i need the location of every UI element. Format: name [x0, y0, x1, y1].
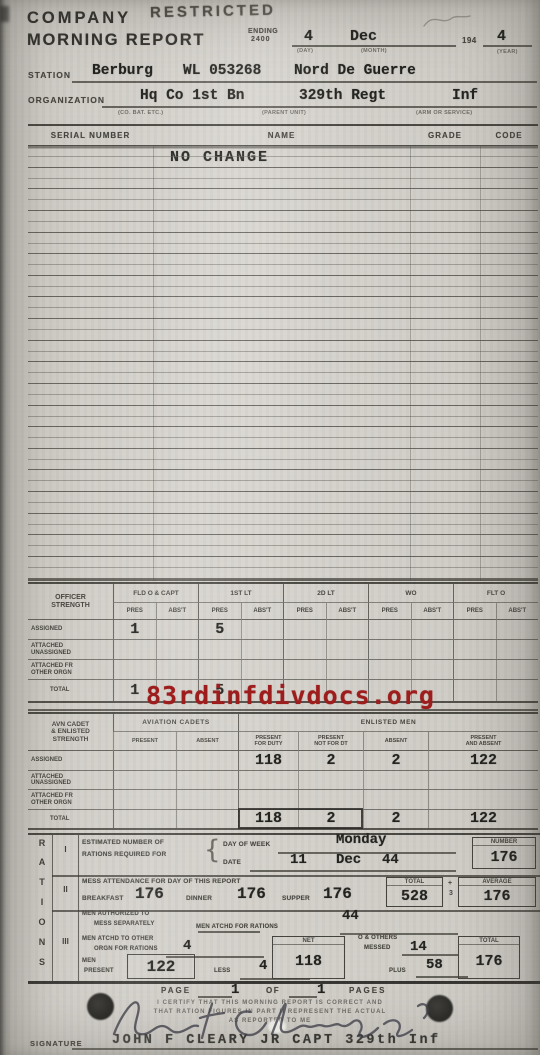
officer-value-cell: [496, 680, 539, 701]
roster-empty-row: [28, 384, 538, 406]
officer-value-cell: [411, 620, 454, 639]
enlisted-colheader-cell: PRESENT AND ABSENT: [428, 732, 538, 751]
enlisted-strength-row: ASSIGNED11822122: [28, 751, 538, 771]
date-underline: [292, 45, 456, 47]
restricted-stamp: RESTRICTED: [150, 2, 276, 22]
officer-value-cell: [411, 640, 454, 659]
officer-value-cell: [283, 660, 326, 679]
station-grid-coords: WL 053268: [183, 63, 261, 79]
roster-empty-row: [28, 492, 538, 514]
pres-header-cell: PRES: [453, 603, 496, 620]
less-label: LESS: [214, 968, 230, 974]
scan-left-edge: [0, 0, 7, 1055]
less-value: 4: [259, 958, 267, 974]
rations-letter: O: [36, 917, 48, 927]
arm-service-caption: (ARM OR SERVICE): [416, 110, 472, 116]
enlisted-colheader: PRESENTABSENTPRESENT FOR DUTYPRESENT NOT…: [113, 732, 538, 751]
enlisted-strength-corner: AVN CADET & ENLISTED STRENGTH: [28, 714, 113, 751]
officer-value-cell: [156, 620, 199, 639]
roster-body: [28, 168, 538, 579]
plus-value: 58: [426, 957, 443, 973]
group-wo: WO: [368, 584, 453, 603]
enlisted-value-cell: [113, 810, 176, 828]
roster-entry-row: NO CHANGE: [28, 146, 538, 168]
parent-unit-caption: (PARENT UNIT): [262, 110, 306, 116]
roster-empty-row: [28, 470, 538, 492]
roster-empty-row: [28, 514, 538, 536]
enlisted-value-cell: 2: [298, 751, 363, 770]
rations-number-box: NUMBER 176: [472, 837, 536, 869]
roster-empty-row: [28, 297, 538, 319]
rations-date-month: Dec: [336, 852, 361, 868]
abst-header-cell: ABS'T: [156, 603, 199, 620]
officer-value-cell: [156, 640, 199, 659]
enlisted-value-cell: [363, 771, 428, 790]
rations-letter: I: [36, 897, 48, 907]
average-box-label: AVERAGE: [459, 878, 535, 886]
pres-header-cell: PRES: [368, 603, 411, 620]
watermark-text: 83rdinfdivdocs.org: [146, 681, 435, 710]
total-box-label: TOTAL: [387, 878, 442, 886]
estimated-rations-label1: ESTIMATED NUMBER OF: [82, 839, 164, 846]
officer-strength-row: ATTACHED FR OTHER ORGN: [28, 660, 538, 680]
mess-attendance-title: MESS ATTENDANCE FOR DAY OF THIS REPORT: [82, 878, 241, 885]
day-of-week-value: Monday: [336, 832, 386, 848]
roster-empty-row: [28, 276, 538, 298]
station-label: STATION: [28, 70, 71, 80]
enlisted-value-cell: 122: [428, 751, 538, 770]
abst-header-cell: ABS'T: [411, 603, 454, 620]
breakfast-label: BREAKFAST: [82, 895, 124, 902]
officer-value-cell: [496, 640, 539, 659]
station-underline: [72, 81, 537, 83]
net-box-label: NET: [273, 937, 344, 945]
roster-empty-row: [28, 211, 538, 233]
officer-subheader: PRESABS'TPRESABS'TPRESABS'TPRESABS'TPRES…: [113, 603, 538, 620]
estimated-rations-label2: RATIONS REQUIRED FOR: [82, 851, 166, 858]
officer-value-cell: [326, 620, 369, 639]
enlisted-value-cell: [238, 771, 298, 790]
officer-value-cell: [283, 640, 326, 659]
average-box-value: 176: [459, 886, 535, 906]
roster-divider-code: [480, 146, 481, 581]
group-aviation-cadets: AVIATION CADETS: [113, 714, 238, 732]
officer-value-cell: 1: [113, 620, 156, 639]
ending-time: 2400: [251, 36, 271, 43]
group-flt-o: FLT O: [453, 584, 538, 603]
col-serial-number: SERIAL NUMBER: [28, 126, 153, 145]
year-prefix: 194: [462, 36, 477, 45]
pres-header-cell: PRES: [113, 603, 156, 620]
enlisted-value-cell: [176, 751, 238, 770]
divide-symbol: +: [448, 880, 452, 887]
rations-letter: T: [36, 877, 48, 887]
men-authorized-label1: MEN AUTHORIZED TO: [82, 911, 149, 917]
grand-total-box-value: 176: [459, 945, 519, 978]
divide-by-three: 3: [449, 890, 453, 897]
net-box-value: 118: [273, 945, 344, 978]
roster-header-row: SERIAL NUMBER NAME GRADE CODE: [28, 124, 538, 146]
officer-value-cell: [326, 660, 369, 679]
pres-header-cell: PRES: [283, 603, 326, 620]
roster-empty-row: [28, 535, 538, 557]
officer-value-cell: [411, 660, 454, 679]
year-underline: [483, 45, 532, 47]
rations-letter: R: [36, 838, 48, 848]
organization-arm: Inf: [452, 88, 478, 104]
rations-letter: A: [36, 857, 48, 867]
officer-strength-row: ATTACHED UNASSIGNED: [28, 640, 538, 660]
officer-value-cell: [113, 660, 156, 679]
enlisted-colheader-cell: ABSENT: [363, 732, 428, 751]
atchd-other-label2: ORGN FOR RATIONS: [94, 946, 158, 952]
no-change-entry: NO CHANGE: [170, 149, 269, 166]
officer-value-cell: [496, 620, 539, 639]
year-caption: (YEAR): [497, 49, 518, 55]
roster-empty-row: [28, 406, 538, 428]
date-underline: [250, 870, 456, 872]
others-messed-label1: O & OTHERS: [358, 935, 397, 941]
rations-numeral-column: [52, 835, 79, 981]
officer-value-cell: [368, 640, 411, 659]
form-title-line1: COMPANY: [27, 9, 131, 28]
officer-value-cell: [453, 660, 496, 679]
others-messed-value: 14: [410, 939, 427, 955]
dinner-value: 176: [237, 885, 266, 903]
officer-row-label: ATTACHED FR OTHER ORGN: [28, 660, 113, 679]
brace-glyph: {: [204, 835, 221, 865]
enlisted-row-label: ASSIGNED: [28, 751, 113, 770]
group-fldo-capt: FLD O & CAPT: [113, 584, 198, 603]
organization-parent-unit: 329th Regt: [299, 88, 386, 104]
grand-total-box-label: TOTAL: [459, 937, 519, 945]
enlisted-value-cell: [176, 771, 238, 790]
group-2d-lt: 2D LT: [283, 584, 368, 603]
officer-value-cell: [496, 660, 539, 679]
officer-value-cell: [368, 660, 411, 679]
men-atchd-for-rations-label: MEN ATCHD FOR RATIONS: [196, 924, 278, 930]
rations-letter: N: [36, 937, 48, 947]
roster-empty-row: [28, 233, 538, 255]
officer-value-cell: [453, 640, 496, 659]
rations-letter: S: [36, 957, 48, 967]
roster-divider-grade: [410, 146, 411, 581]
day-of-week-label: DAY OF WEEK: [223, 841, 270, 848]
supper-value: 176: [323, 885, 352, 903]
officer-value-cell: [241, 640, 284, 659]
col-grade: GRADE: [410, 126, 480, 145]
officer-value-cell: 5: [198, 620, 241, 639]
enlisted-value-cell: [113, 790, 176, 809]
officer-row-label: ATTACHED UNASSIGNED: [28, 640, 113, 659]
enlisted-value-cell: [298, 771, 363, 790]
roster-empty-row: [28, 427, 538, 449]
col-name: NAME: [153, 126, 410, 145]
report-day: 4: [304, 28, 313, 45]
rations-grand-total-box: TOTAL 176: [458, 936, 520, 979]
atchd-other-label1: MEN ATCHD TO OTHER: [82, 936, 154, 942]
officer-value-cell: [113, 640, 156, 659]
roster-empty-row: [28, 168, 538, 190]
atchd-other-value: 4: [183, 938, 191, 954]
officer-value-cell: [453, 620, 496, 639]
station-map-reference: Nord De Guerre: [294, 63, 416, 79]
enlisted-colheader-cell: ABSENT: [176, 732, 238, 751]
enlisted-value-cell: [428, 790, 538, 809]
officer-value-cell: [241, 620, 284, 639]
total-highlight-box: [238, 808, 363, 829]
roster-empty-row: [28, 254, 538, 276]
rations-date-day: 11: [290, 852, 307, 868]
abst-header-cell: ABS'T: [326, 603, 369, 620]
roster-empty-row: [28, 449, 538, 471]
dinner-label: DINNER: [186, 895, 212, 902]
enlisted-value-cell: [176, 790, 238, 809]
group-1st-lt: 1ST LT: [198, 584, 283, 603]
supper-label: SUPPER: [282, 895, 310, 902]
officer-strength-corner: OFFICER STRENGTH: [28, 584, 113, 620]
mess-total-box: TOTAL 528: [386, 877, 443, 907]
organization-underline: [102, 106, 537, 108]
enlisted-colheader-cell: PRESENT: [113, 732, 176, 751]
pen-mark: [418, 6, 478, 34]
roster-empty-row: [28, 341, 538, 363]
average-box: AVERAGE 176: [458, 877, 536, 907]
officer-value-cell: [453, 680, 496, 701]
enlisted-value-cell: 122: [428, 810, 538, 828]
roster-empty-row: [28, 557, 538, 579]
enlisted-strength-row: ATTACHED UNASSIGNED: [28, 771, 538, 791]
mess-separately-underline: [198, 931, 260, 933]
enlisted-colheader-cell: PRESENT NOT FOR DT: [298, 732, 363, 751]
section-numeral-3: III: [52, 937, 79, 946]
rations-date-year: 44: [382, 852, 399, 868]
men-present-value: 122: [128, 955, 194, 978]
total-box-value: 528: [387, 886, 442, 906]
less-underline: [240, 978, 310, 980]
officer-row-label: ASSIGNED: [28, 620, 113, 639]
rations-section: R A T I O N S I II III ESTIMATED NUMBER …: [28, 833, 540, 984]
others-messed-label2: MESSED: [364, 945, 391, 951]
men-authorized-label2: MESS SEPARATELY: [94, 921, 155, 927]
report-month: Dec: [350, 28, 377, 45]
handwritten-signature: [100, 988, 440, 1050]
morning-report-scan: RESTRICTED COMPANY MORNING REPORT ENDING…: [0, 0, 540, 1055]
enlisted-row-label: TOTAL: [28, 810, 113, 828]
officer-value-cell: [241, 660, 284, 679]
roster-empty-row: [28, 362, 538, 384]
enlisted-colheader-cell: PRESENT FOR DUTY: [238, 732, 298, 751]
officer-value-cell: [156, 660, 199, 679]
men-atchd-for-rations-value: 44: [342, 908, 359, 924]
officer-strength-row: ASSIGNED15: [28, 620, 538, 640]
plus-underline: [416, 976, 468, 978]
officer-value-cell: [198, 640, 241, 659]
officer-value-cell: [198, 660, 241, 679]
co-caption: (CO. BAT. ETC.): [118, 110, 163, 116]
men-present-label1: MEN: [82, 958, 96, 964]
enlisted-value-cell: [113, 751, 176, 770]
breakfast-value: 176: [135, 885, 164, 903]
form-title-line2: MORNING REPORT: [27, 31, 205, 50]
enlisted-value-cell: [113, 771, 176, 790]
officer-group-header: FLD O & CAPT 1ST LT 2D LT WO FLT O: [113, 584, 538, 603]
month-caption: (MONTH): [361, 48, 387, 54]
number-box-label: NUMBER: [473, 838, 535, 846]
roster-divider-serial: [153, 146, 154, 581]
enlisted-value-cell: [298, 790, 363, 809]
enlisted-value-cell: [363, 790, 428, 809]
abst-header-cell: ABS'T: [241, 603, 284, 620]
organization-unit: Hq Co 1st Bn: [140, 88, 244, 104]
enlisted-value-cell: 2: [363, 810, 428, 828]
roster-empty-row: [28, 319, 538, 341]
enlisted-value-cell: [176, 810, 238, 828]
ending-label: ENDING: [248, 28, 278, 35]
enlisted-strength-table: AVN CADET & ENLISTED STRENGTH AVIATION C…: [28, 712, 538, 828]
others-messed-underline: [402, 954, 458, 956]
day-caption: (DAY): [297, 48, 313, 54]
roster-table: SERIAL NUMBER NAME GRADE CODE NO CHANGE: [28, 124, 538, 581]
number-box-value: 176: [473, 846, 535, 868]
col-code: CODE: [480, 126, 538, 145]
station-name: Berburg: [92, 63, 153, 79]
roster-empty-row: [28, 189, 538, 211]
officer-row-label: TOTAL: [28, 680, 113, 701]
men-present-label2: PRESENT: [84, 968, 114, 974]
enlisted-group-header: AVIATION CADETS ENLISTED MEN: [113, 714, 538, 732]
officer-value-cell: [326, 640, 369, 659]
enlisted-row-label: ATTACHED UNASSIGNED: [28, 771, 113, 790]
enlisted-value-cell: [428, 771, 538, 790]
report-year: 4: [497, 28, 506, 45]
enlisted-value-cell: 118: [238, 751, 298, 770]
enlisted-value-cell: [238, 790, 298, 809]
net-box: NET 118: [272, 936, 345, 979]
officer-value-cell: [368, 620, 411, 639]
pres-header-cell: PRES: [198, 603, 241, 620]
enlisted-value-cell: 2: [363, 751, 428, 770]
officer-value-cell: [283, 620, 326, 639]
organization-label: ORGANIZATION: [28, 95, 105, 105]
signature-label: SIGNATURE: [30, 1039, 83, 1048]
enlisted-row-label: ATTACHED FR OTHER ORGN: [28, 790, 113, 809]
section-numeral-2: II: [52, 885, 79, 894]
group-enlisted-men: ENLISTED MEN: [238, 714, 538, 732]
plus-label: PLUS: [389, 968, 406, 974]
abst-header-cell: ABS'T: [496, 603, 539, 620]
date-label: DATE: [223, 859, 241, 866]
men-present-box: 122: [127, 954, 195, 979]
section-numeral-1: I: [52, 845, 79, 854]
